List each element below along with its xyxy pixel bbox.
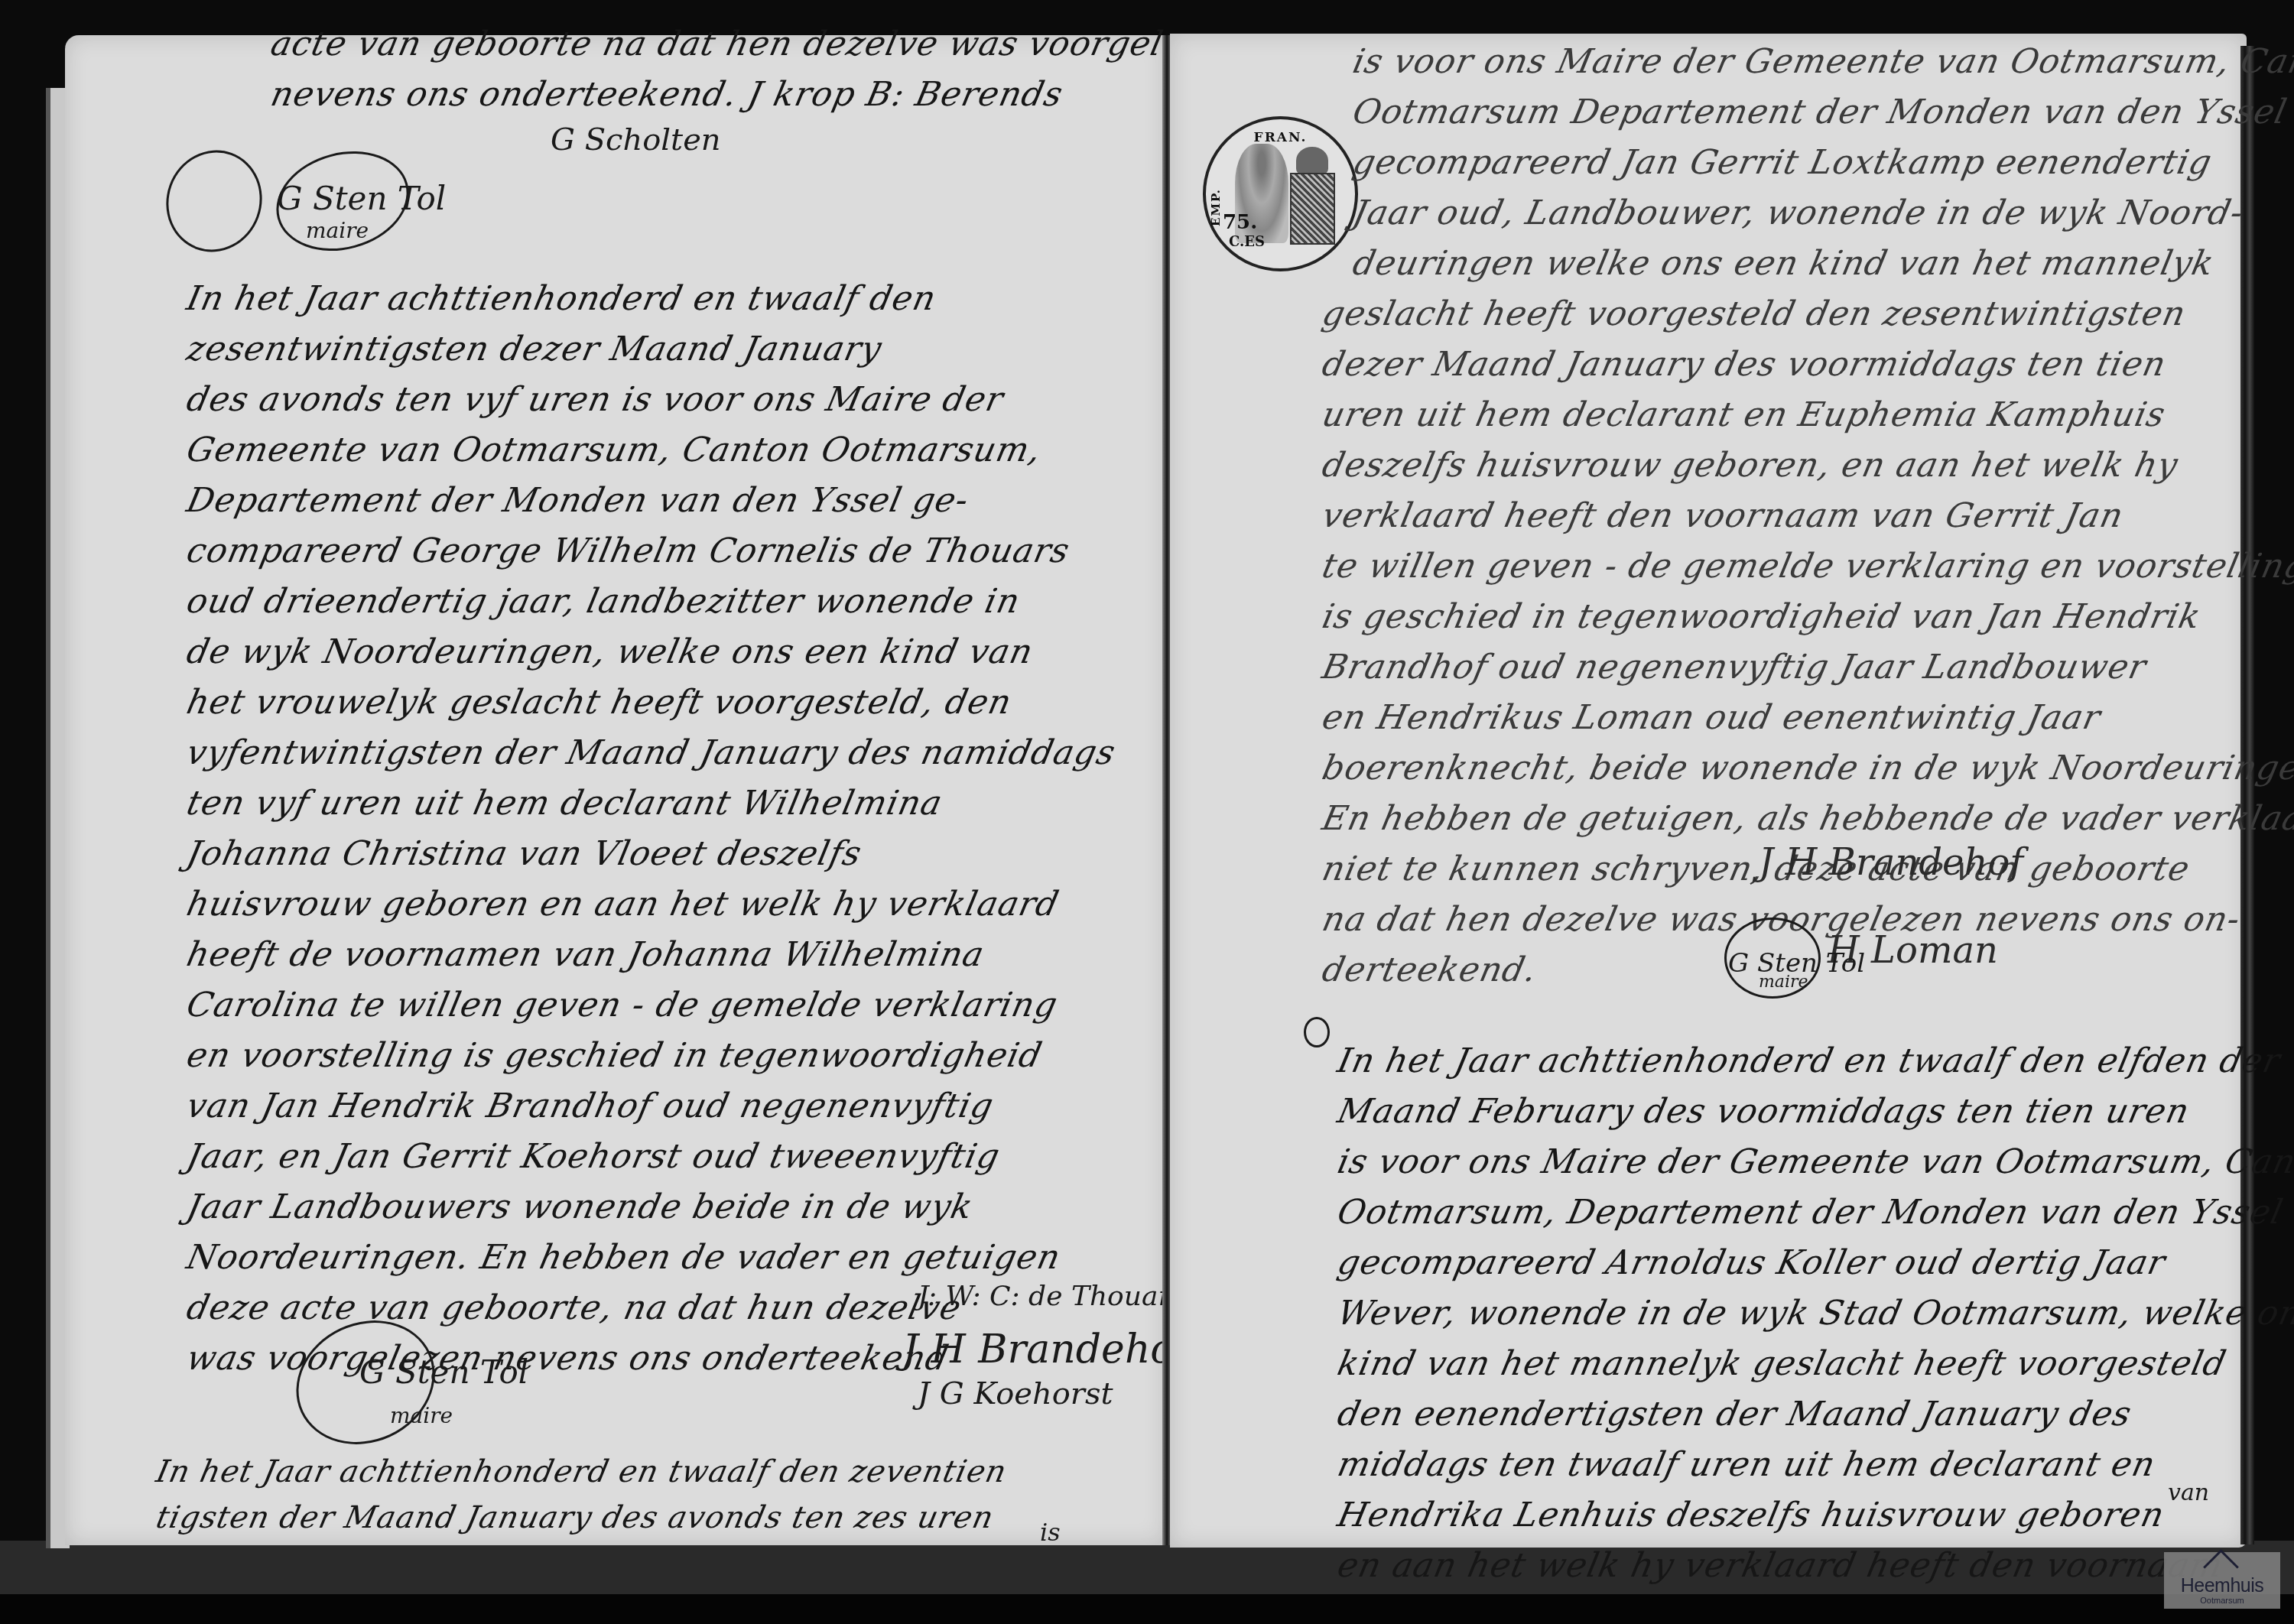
text-line: gecompareerd Jan Gerrit Loxtkamp eenende… bbox=[1348, 138, 2294, 188]
text-line: en voorstelling is geschied in tegenwoor… bbox=[182, 1031, 1120, 1081]
text-line: is voor ons Maire der Gemeente van Ootma… bbox=[1348, 37, 2294, 87]
text-line: In het Jaar achttienhonderd en twaalf de… bbox=[182, 274, 1120, 324]
witness-signature: J H Brandehof bbox=[902, 1327, 1189, 1372]
text-line: is geschied in tegenwoordigheid van Jan … bbox=[1318, 592, 2294, 642]
heemhuis-logo: Heemhuis Ootmarsum bbox=[2164, 1552, 2280, 1609]
text-line: huisvrouw geboren en aan het welk hy ver… bbox=[182, 879, 1120, 930]
stamp-value: 75. bbox=[1223, 211, 1257, 234]
busts-icon bbox=[1296, 147, 1328, 174]
logo-subtitle: Ootmarsum bbox=[2164, 1596, 2280, 1606]
text-line: uren uit hem declarant en Euphemia Kamph… bbox=[1318, 390, 2294, 440]
mayor-signature: G Sten Tol bbox=[359, 1353, 528, 1391]
text-line: deuringen welke ons een kind van het man… bbox=[1348, 239, 2294, 289]
text-line: verklaard heeft den voornaam van Gerrit … bbox=[1318, 491, 2294, 541]
right-entry-3: In het Jaar achttienhonderd en twaalf de… bbox=[1338, 1036, 2294, 1591]
text-line: deszelfs huisvrouw geboren, en aan het w… bbox=[1318, 440, 2294, 491]
witness-signature: J G Koehorst bbox=[918, 1376, 1113, 1411]
text-line: Brandhof oud negenenvyftig Jaar Landbouw… bbox=[1318, 642, 2294, 693]
text-line: ten vyf uren uit hem declarant Wilhelmin… bbox=[182, 778, 1120, 829]
text-line: geslacht heeft voorgesteld den zesentwin… bbox=[1318, 289, 2294, 339]
witness-signature: G Scholten bbox=[551, 122, 721, 158]
text-line: van Jan Hendrik Brandhof oud negenenvyft… bbox=[182, 1081, 1120, 1132]
eagle-shield-icon bbox=[1290, 173, 1335, 245]
stamp-top-text: FRAN. bbox=[1206, 130, 1355, 145]
stamp-unit: C.ES bbox=[1229, 234, 1265, 250]
text-line: Ootmarsum Departement der Monden van den… bbox=[1348, 87, 2294, 138]
text-line: Jaar, en Jan Gerrit Koehorst oud tweeenv… bbox=[182, 1132, 1120, 1182]
text-line: heeft de voornamen van Johanna Wilhelmin… bbox=[182, 930, 1120, 980]
text-line: en aan het welk hy verklaard heeft den v… bbox=[1333, 1541, 2294, 1591]
text-line: des avonds ten vyf uren is voor ons Mair… bbox=[182, 375, 1120, 425]
text-line: Noordeuringen. En hebben de vader en get… bbox=[182, 1233, 1120, 1283]
catchword: is bbox=[1040, 1518, 1061, 1547]
text-line: In het Jaar achttienhonderd en twaalf de… bbox=[152, 1449, 1012, 1495]
text-line: het vrouwelyk geslacht heeft voorgesteld… bbox=[182, 677, 1120, 728]
text-line: de wyk Noordeuringen, welke ons een kind… bbox=[182, 627, 1120, 677]
text-line: nevens ons onderteekend. J krop B: Beren… bbox=[266, 70, 1250, 120]
mayor-title: maire bbox=[390, 1403, 453, 1428]
father-signature: J: W: C: de Thouars bbox=[918, 1281, 1185, 1312]
text-line: en Hendrikus Loman oud eenentwintig Jaar bbox=[1318, 693, 2294, 743]
text-line: Jaar oud, Landbouwer, wonende in de wyk … bbox=[1348, 188, 2294, 239]
left-entry-1: In het Jaar achttienhonderd en twaalf de… bbox=[187, 274, 1115, 1384]
text-line: Maand February des voormiddags ten tien … bbox=[1333, 1086, 2294, 1137]
text-line: oud drieendertig jaar, landbezitter wone… bbox=[182, 577, 1120, 627]
mayor-signature: G Sten Tol bbox=[277, 180, 446, 217]
text-line: Carolina te willen geven - de gemelde ve… bbox=[182, 980, 1120, 1031]
text-line: acte van geboorte na dat hen dezelve was… bbox=[266, 19, 1250, 70]
right-entry-2-top: is voor ons Maire der Gemeente van Ootma… bbox=[1353, 37, 2294, 289]
scan-border-bottom bbox=[0, 1594, 2294, 1624]
stamp-side-text: EMP. bbox=[1209, 188, 1223, 226]
text-line: gecompareerd Arnoldus Koller oud dertig … bbox=[1333, 1238, 2294, 1288]
mayor-title: maire bbox=[306, 218, 369, 243]
text-line: Hendrika Lenhuis deszelfs huisvrouw gebo… bbox=[1333, 1490, 2294, 1541]
text-line: vyfentwintigsten der Maand January des n… bbox=[182, 728, 1120, 778]
text-line: compareerd George Wilhelm Cornelis de Th… bbox=[182, 526, 1120, 577]
text-line: Wever, wonende in de wyk Stad Ootmarsum,… bbox=[1333, 1288, 2294, 1339]
text-line: kind van het mannelyk geslacht heeft voo… bbox=[1333, 1339, 2294, 1389]
right-entry-2: geslacht heeft voorgesteld den zesentwin… bbox=[1323, 289, 2294, 996]
text-line: middags ten twaalf uren uit hem declaran… bbox=[1333, 1440, 2294, 1490]
text-line: tigsten der Maand January des avonds ten… bbox=[152, 1495, 1012, 1541]
logo-name: Heemhuis bbox=[2164, 1575, 2280, 1597]
text-line: Departement der Monden van den Yssel ge- bbox=[182, 476, 1120, 526]
text-line: Jaar Landbouwers wonende beide in de wyk bbox=[182, 1182, 1120, 1233]
text-line: den eenendertigsten der Maand January de… bbox=[1333, 1389, 2294, 1440]
text-line: Ootmarsum, Departement der Monden van de… bbox=[1333, 1187, 2294, 1238]
left-entry-2: In het Jaar achttienhonderd en twaalf de… bbox=[157, 1449, 1006, 1541]
revenue-stamp: FRAN. EMP. 75. C.ES bbox=[1203, 116, 1358, 271]
text-line: is voor ons Maire der Gemeente van Ootma… bbox=[1333, 1137, 2294, 1187]
text-line: Gemeente van Ootmarsum, Canton Ootmarsum… bbox=[182, 425, 1120, 476]
text-line: In het Jaar achttienhonderd en twaalf de… bbox=[1333, 1036, 2294, 1086]
initial-flourish bbox=[1304, 1017, 1330, 1047]
catchword: van bbox=[2168, 1479, 2209, 1506]
witness-signature: J H Brandehof bbox=[1759, 841, 2023, 884]
text-line: zesentwintigsten dezer Maand January bbox=[182, 324, 1120, 375]
left-continuation: acte van geboorte na dat hen dezelve was… bbox=[271, 19, 1245, 120]
text-line: dezer Maand January des voormiddags ten … bbox=[1318, 339, 2294, 390]
text-line: boerenknecht, beide wonende in de wyk No… bbox=[1318, 743, 2294, 794]
text-line: Johanna Christina van Vloeet deszelfs bbox=[182, 829, 1120, 879]
text-line: te willen geven - de gemelde verklaring … bbox=[1318, 541, 2294, 592]
text-line: En hebben de getuigen, als hebbende de v… bbox=[1318, 794, 2294, 844]
mayor-title: maire bbox=[1759, 973, 1808, 992]
